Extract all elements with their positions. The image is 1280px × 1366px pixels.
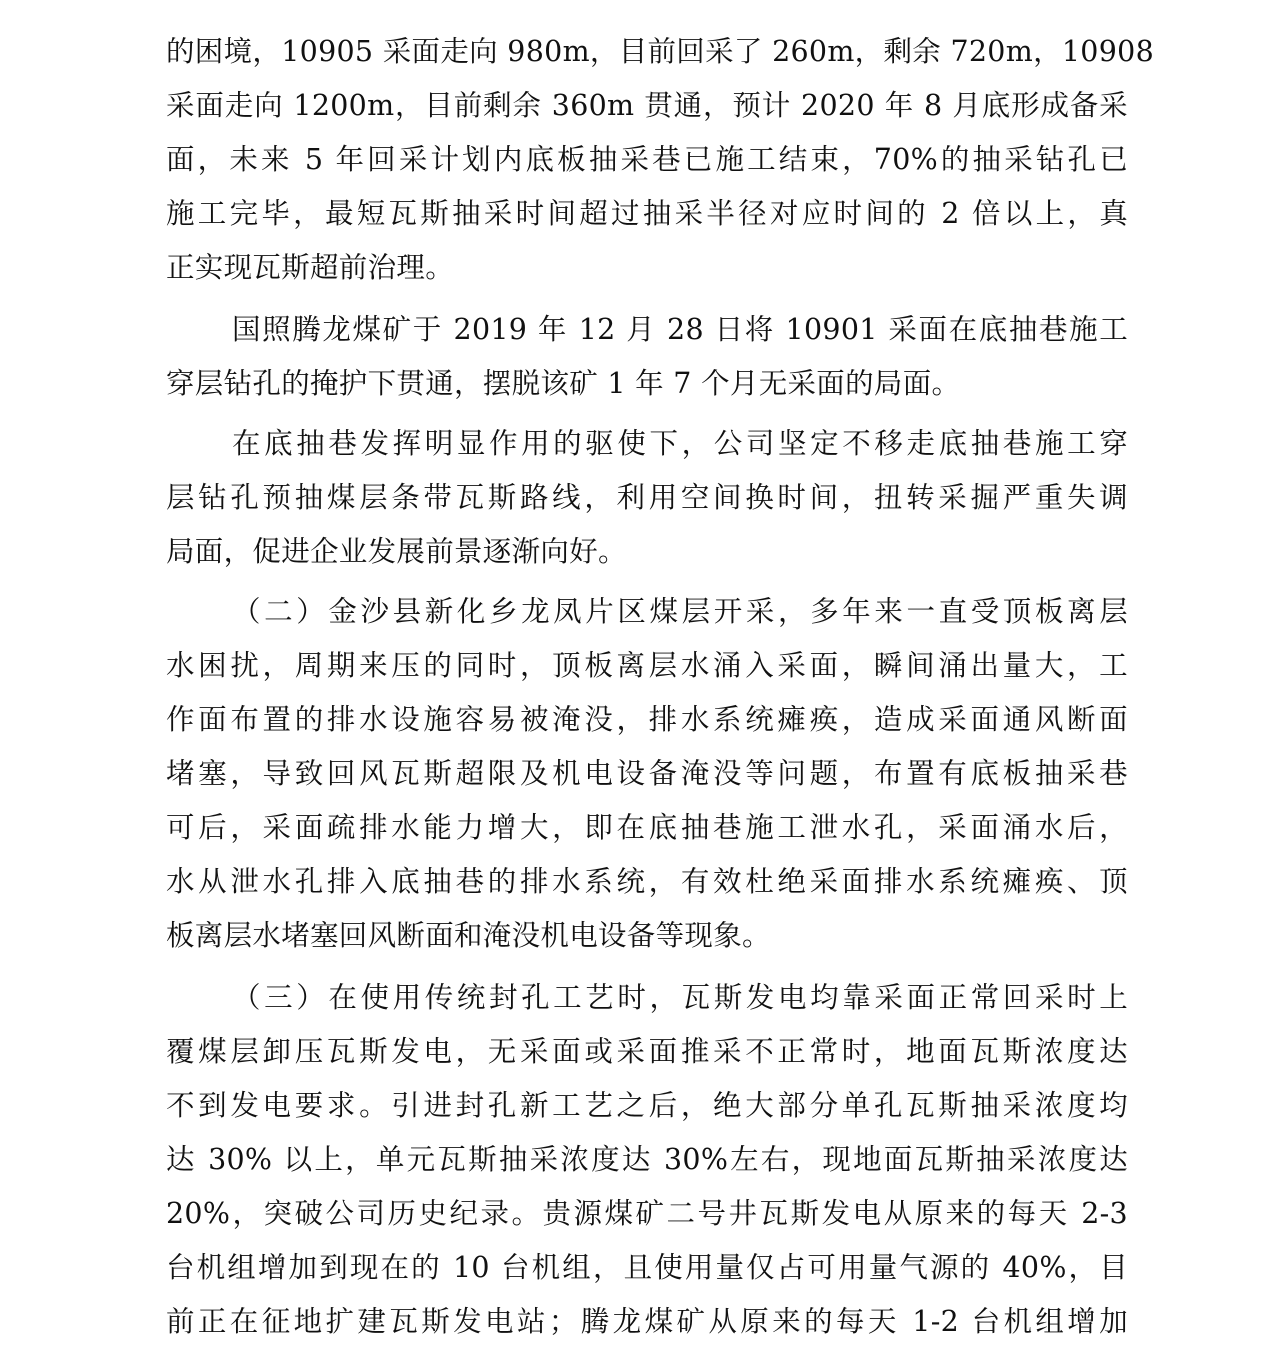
text-line: 施工完毕，最短瓦斯抽采时间超过抽采半径对应时间的 2 倍以上，真 (166, 194, 1128, 234)
text-line: 达 30% 以上，单元瓦斯抽采浓度达 30%左右，现地面瓦斯抽采浓度达 (166, 1140, 1128, 1180)
text-line: 在底抽巷发挥明显作用的驱使下，公司坚定不移走底抽巷施工穿 (232, 424, 1128, 464)
text-line: 板离层水堵塞回风断面和淹没机电设备等现象。 (166, 916, 1128, 956)
text-line: 正实现瓦斯超前治理。 (166, 248, 1128, 288)
text-line: 可后，采面疏排水能力增大，即在底抽巷施工泄水孔，采面涌水后， (166, 808, 1128, 848)
text-line: 台机组增加到现在的 10 台机组，且使用量仅占可用量气源的 40%，目 (166, 1248, 1128, 1288)
text-line: 20%，突破公司历史纪录。贵源煤矿二号井瓦斯发电从原来的每天 2-3 (166, 1194, 1128, 1234)
text-line: 作面布置的排水设施容易被淹没，排水系统瘫痪，造成采面通风断面 (166, 700, 1128, 740)
text-line: 前正在征地扩建瓦斯发电站；腾龙煤矿从原来的每天 1-2 台机组增加 (166, 1302, 1128, 1342)
text-line: 的困境，10905 采面走向 980m，目前回采了 260m，剩余 720m，1… (166, 32, 1128, 72)
section-heading-line: （二）金沙县新化乡龙凤片区煤层开采，多年来一直受顶板离层 (232, 592, 1128, 632)
text-line: 不到发电要求。引进封孔新工艺之后，绝大部分单孔瓦斯抽采浓度均 (166, 1086, 1128, 1126)
text-line: 水困扰，周期来压的同时，顶板离层水涌入采面，瞬间涌出量大，工 (166, 646, 1128, 686)
text-line: 面，未来 5 年回采计划内底板抽采巷已施工结束，70%的抽采钻孔已 (166, 140, 1128, 180)
text-line: 覆煤层卸压瓦斯发电，无采面或采面推采不正常时，地面瓦斯浓度达 (166, 1032, 1128, 1072)
text-line: 层钻孔预抽煤层条带瓦斯路线，利用空间换时间，扭转采掘严重失调 (166, 478, 1128, 518)
text-line: 堵塞，导致回风瓦斯超限及机电设备淹没等问题，布置有底板抽采巷 (166, 754, 1128, 794)
text-line: 穿层钻孔的掩护下贯通，摆脱该矿 1 年 7 个月无采面的局面。 (166, 364, 1128, 404)
section-heading-line: （三）在使用传统封孔工艺时，瓦斯发电均靠采面正常回采时上 (232, 978, 1128, 1018)
text-line: 局面，促进企业发展前景逐渐向好。 (166, 532, 1128, 572)
text-line: 采面走向 1200m，目前剩余 360m 贯通，预计 2020 年 8 月底形成… (166, 86, 1128, 126)
text-line: 水从泄水孔排入底抽巷的排水系统，有效杜绝采面排水系统瘫痪、顶 (166, 862, 1128, 902)
document-page: 的困境，10905 采面走向 980m，目前回采了 260m，剩余 720m，1… (0, 0, 1280, 1366)
text-line: 国照腾龙煤矿于 2019 年 12 月 28 日将 10901 采面在底抽巷施工 (232, 310, 1128, 350)
